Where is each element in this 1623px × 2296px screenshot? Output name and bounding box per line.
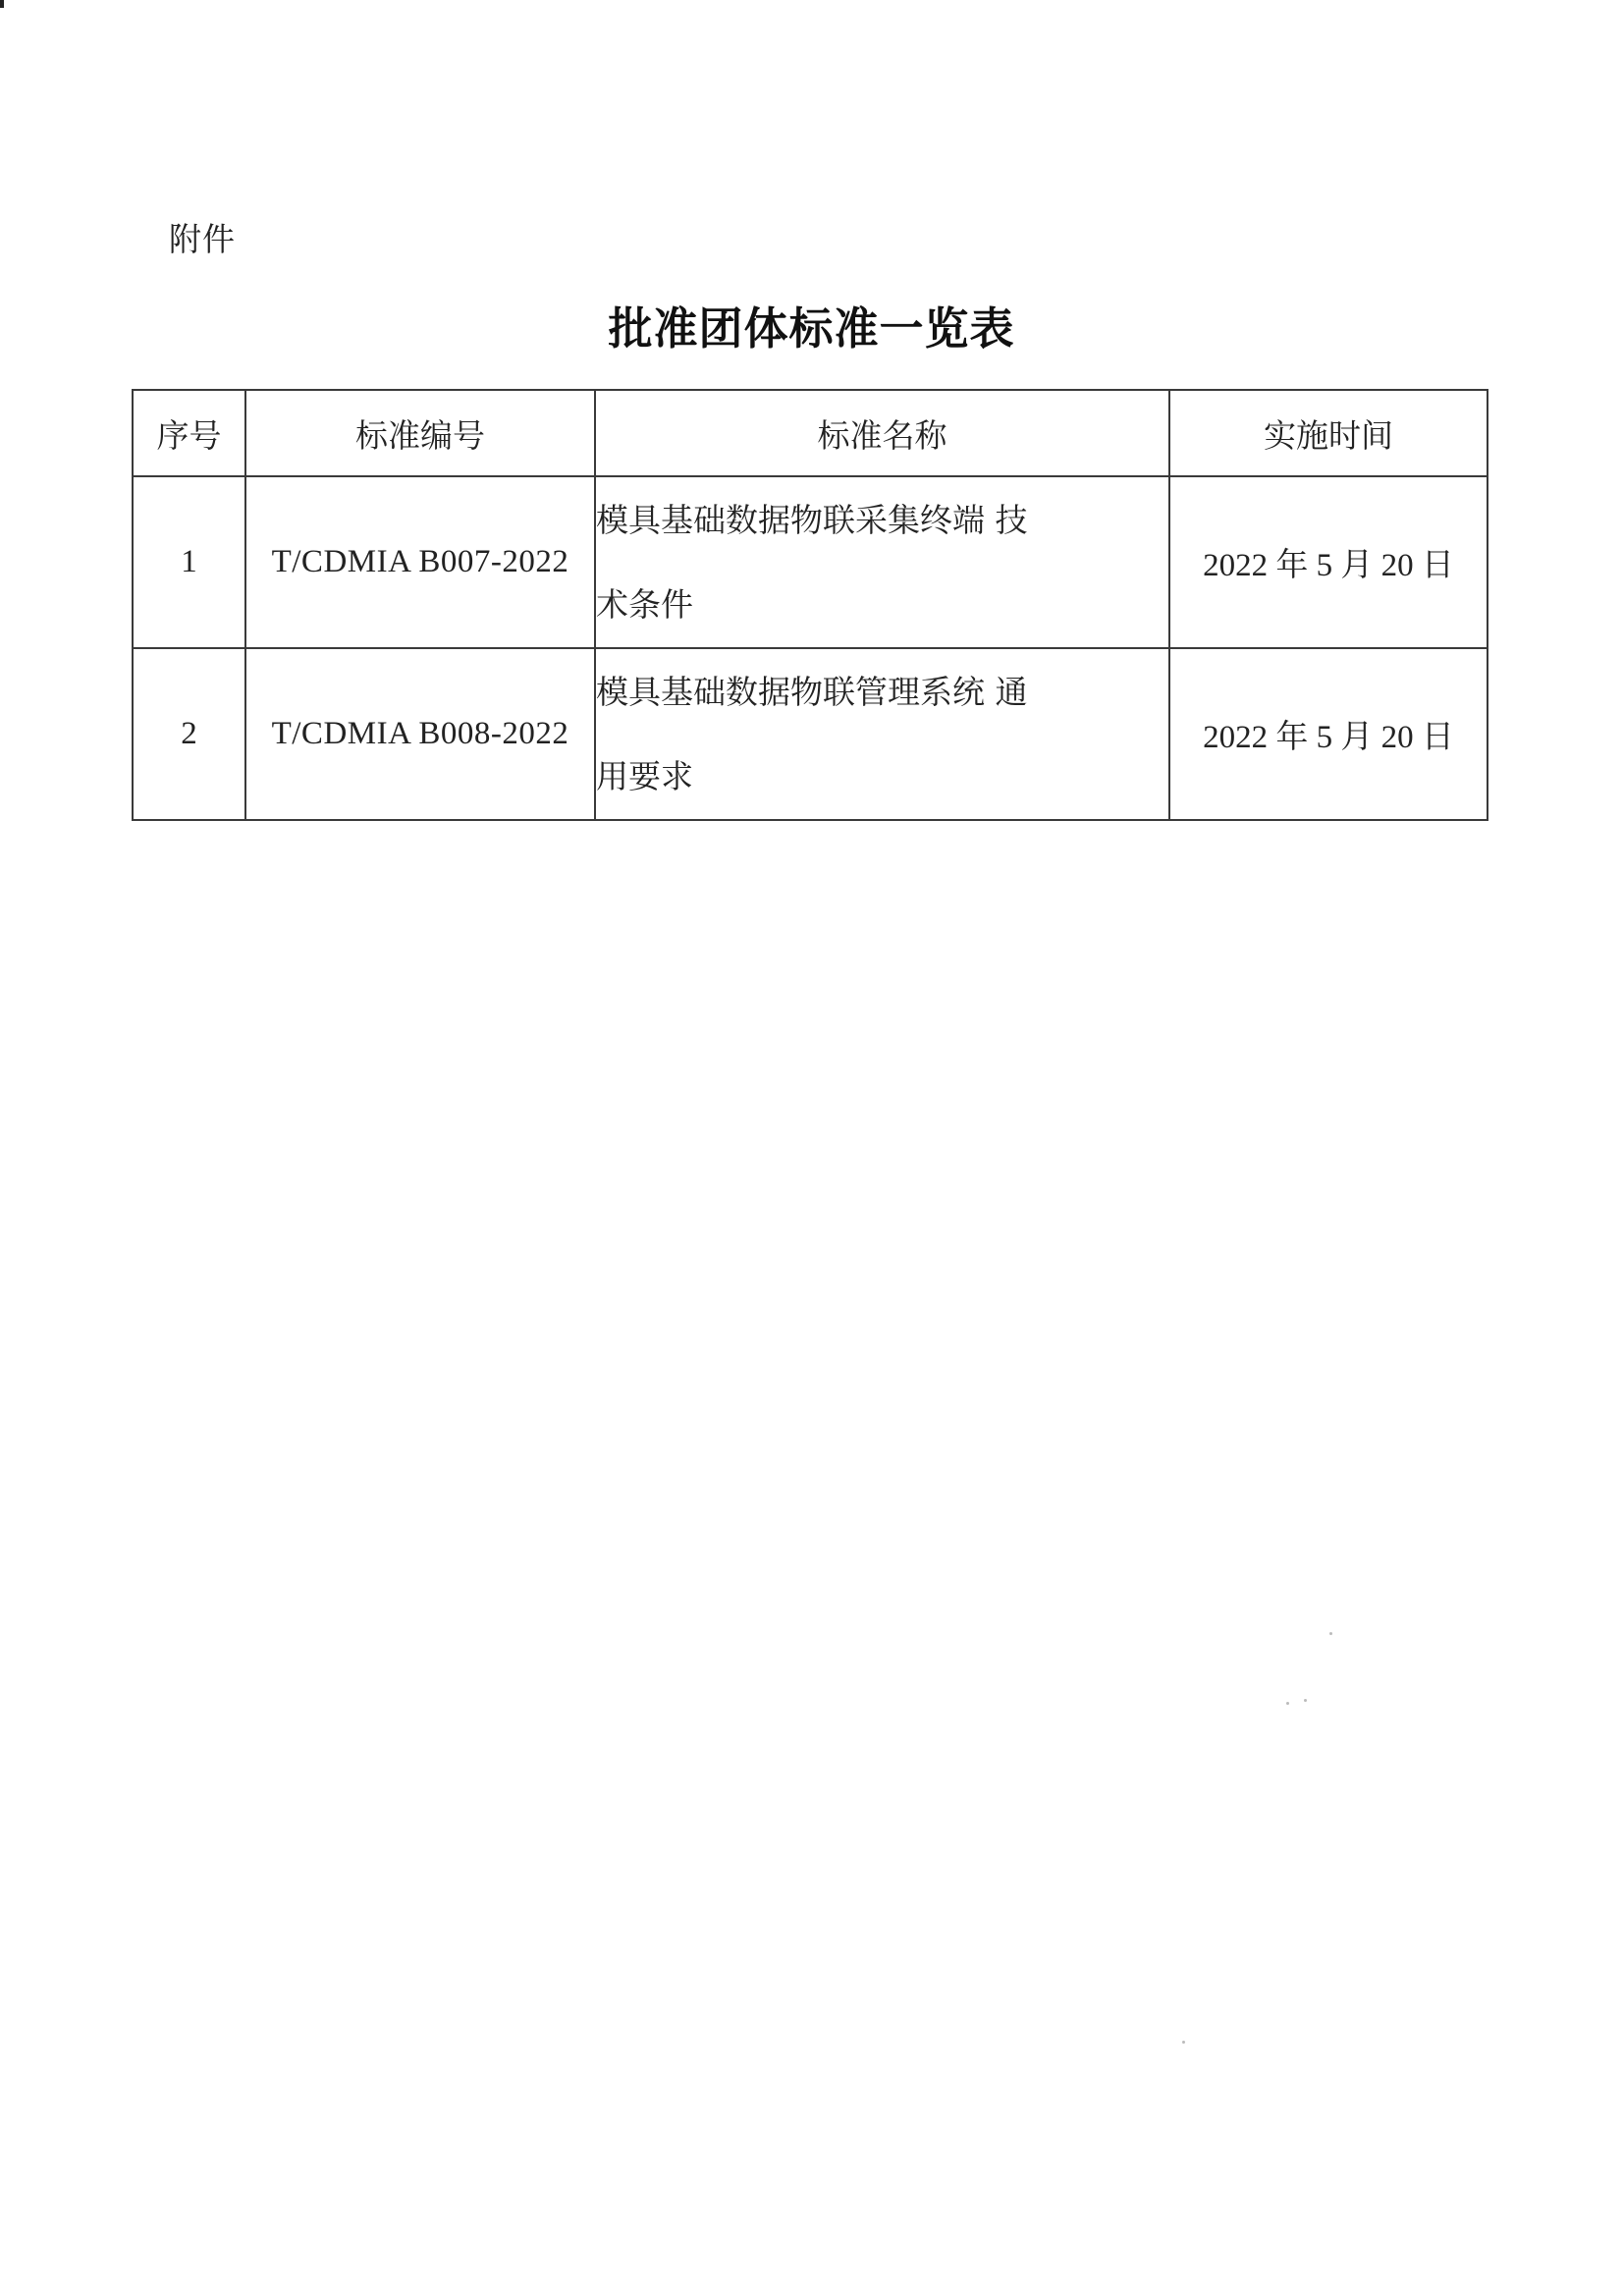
attachment-label: 附件 bbox=[169, 214, 236, 260]
cell-standard-name: 模具基础数据物联管理系统 通 用要求 bbox=[595, 648, 1169, 820]
standards-table: 序号 标准编号 标准名称 实施时间 1 T/CDMIA B007-2022 模具… bbox=[132, 389, 1488, 821]
table-row: 1 T/CDMIA B007-2022 模具基础数据物联采集终端 技 术条件 2… bbox=[133, 476, 1488, 648]
scan-speck bbox=[1329, 1632, 1332, 1635]
page-title-text: 批准团体标准一览表 bbox=[608, 293, 1014, 356]
standard-name-line-2: 用要求 bbox=[596, 735, 1168, 819]
cell-standard-code: T/CDMIA B007-2022 bbox=[245, 476, 595, 648]
scan-speck bbox=[1304, 1699, 1307, 1702]
cell-effective-date: 2022 年 5 月 20 日 bbox=[1169, 476, 1488, 648]
cell-effective-date: 2022 年 5 月 20 日 bbox=[1169, 648, 1488, 820]
standard-name-line-2: 术条件 bbox=[596, 563, 1168, 647]
cell-standard-name: 模具基础数据物联采集终端 技 术条件 bbox=[595, 476, 1169, 648]
standard-name-line-1: 模具基础数据物联采集终端 技 bbox=[596, 478, 1168, 563]
cell-seq: 1 bbox=[133, 476, 245, 648]
scan-corner-mark bbox=[0, 0, 4, 8]
header-seq: 序号 bbox=[133, 390, 245, 476]
cell-standard-code: T/CDMIA B008-2022 bbox=[245, 648, 595, 820]
table-header-row: 序号 标准编号 标准名称 实施时间 bbox=[133, 390, 1488, 476]
table-row: 2 T/CDMIA B008-2022 模具基础数据物联管理系统 通 用要求 2… bbox=[133, 648, 1488, 820]
standard-name-line-1: 模具基础数据物联管理系统 通 bbox=[596, 650, 1168, 735]
header-date: 实施时间 bbox=[1169, 390, 1488, 476]
scan-speck bbox=[1182, 2041, 1185, 2044]
header-code: 标准编号 bbox=[245, 390, 595, 476]
header-name: 标准名称 bbox=[595, 390, 1169, 476]
scan-speck bbox=[1286, 1702, 1289, 1705]
page-title: 批准团体标准一览表 bbox=[0, 293, 1623, 356]
cell-seq: 2 bbox=[133, 648, 245, 820]
